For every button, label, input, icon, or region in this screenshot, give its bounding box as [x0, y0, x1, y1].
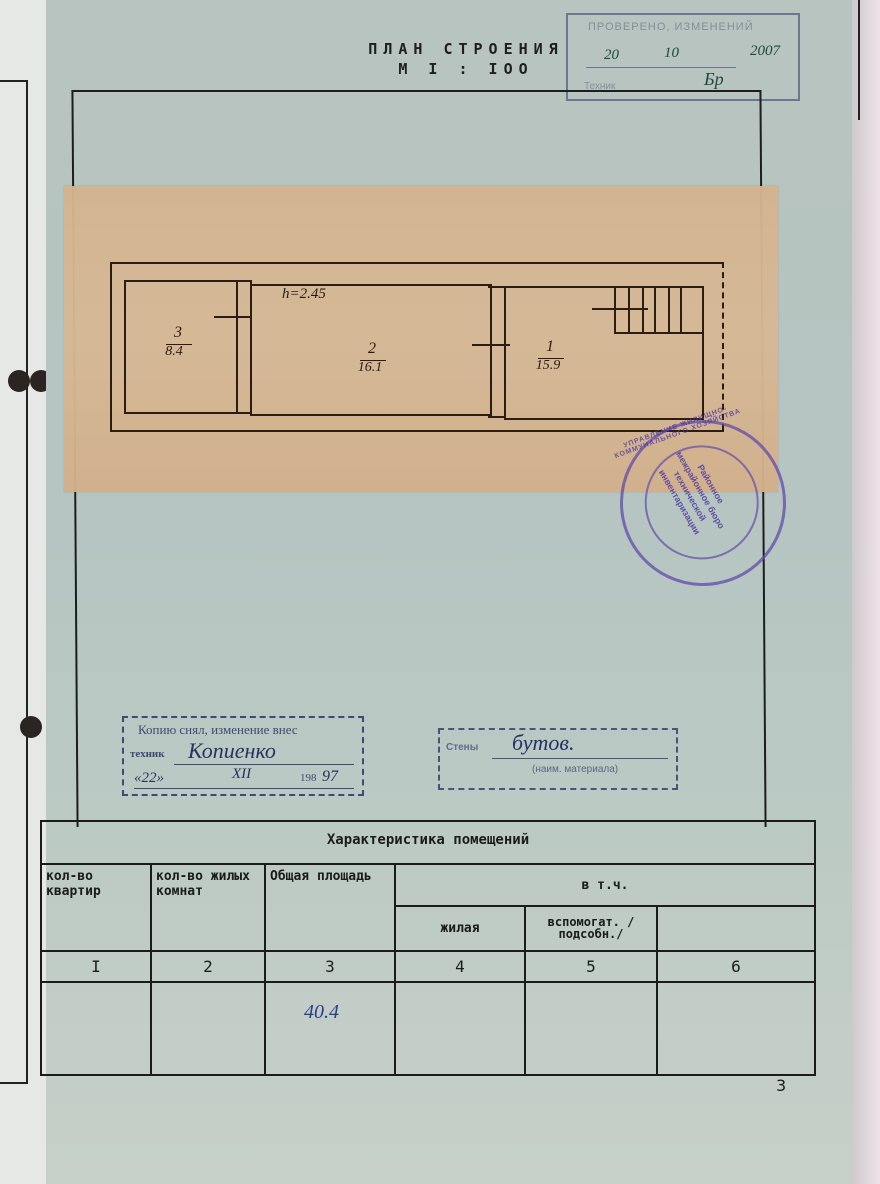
floor-plan: 3 8.4 2 16.1 h=2.45 1 15.9: [110, 262, 726, 430]
cell-living-rooms: [151, 982, 265, 1075]
room-2: 2 16.1: [250, 284, 492, 416]
copy-stamp-month: XII: [232, 766, 251, 783]
header-including: в т.ч.: [395, 864, 815, 905]
copy-stamp-date-underline: [134, 788, 354, 789]
adjacent-right-page: [852, 0, 880, 1184]
room-1: 1 15.9: [504, 286, 704, 420]
walls-label: Стены: [446, 742, 478, 753]
checked-month: 10: [664, 45, 679, 62]
copy-stamp-day: «22»: [134, 770, 164, 787]
cell-living: [395, 982, 525, 1075]
header-apartments: кол-во квартир: [41, 864, 151, 951]
checked-stamp-underline: [586, 67, 736, 68]
header-total-area: Общая площадь: [265, 864, 395, 951]
col-number: 5: [525, 951, 657, 982]
col-number: 2: [151, 951, 265, 982]
checked-signature: Бр: [704, 69, 724, 90]
walls-underline: [492, 758, 668, 759]
room-number: 2: [342, 340, 402, 358]
header-living: жилая: [395, 906, 525, 951]
table-title: Характеристика помещений: [41, 821, 815, 864]
page-number: 3: [776, 1076, 786, 1095]
copy-stamp-underline: [174, 764, 354, 765]
cell-apartments: [41, 982, 151, 1075]
col-number: 6: [657, 951, 815, 982]
cell-total-area: 40.4: [265, 982, 395, 1075]
copy-stamp-year-suffix: 97: [322, 768, 338, 786]
characteristics-table: Характеристика помещений кол-во квартир …: [40, 820, 816, 1076]
checked-day: 20: [604, 47, 619, 64]
punch-hole: [20, 716, 42, 738]
col-number: 4: [395, 951, 525, 982]
copy-stamp-signature: Копиенко: [188, 738, 276, 764]
copy-stamp-technician-label: техник: [130, 748, 165, 760]
header-auxiliary: вспомогат. /подсобн./: [525, 906, 657, 951]
col-number: I: [41, 951, 151, 982]
copy-stamp-year-prefix: 198: [300, 772, 317, 784]
cell-auxiliary: [525, 982, 657, 1075]
checked-stamp: ПРОВЕРЕНО, ИЗМЕНЕНИЙ 20 10 2007 Бр Техни…: [566, 13, 800, 101]
header-col6: [657, 906, 815, 951]
room-area: 16.1: [340, 360, 400, 376]
ceiling-height: h=2.45: [282, 286, 326, 303]
room-area: 8.4: [144, 344, 204, 360]
door-mark: [214, 316, 252, 318]
room-area: 15.9: [518, 358, 578, 374]
stair-direction-arrow: [592, 308, 648, 310]
walls-material-value: бутов.: [512, 730, 574, 756]
document-page: ПЛАН СТРОЕНИЯ М I : IOO ПРОВЕРЕНО, ИЗМЕН…: [46, 0, 852, 1184]
room-number: 3: [148, 324, 208, 342]
staircase: [614, 286, 704, 334]
walls-hint: (наим. материала): [532, 764, 618, 775]
copy-made-stamp: Копию снял, изменение внес техник Копиен…: [122, 716, 364, 796]
checked-year: 2007: [750, 43, 780, 60]
room-3: 3 8.4: [124, 280, 238, 414]
punch-hole: [8, 370, 30, 392]
col-number: 3: [265, 951, 395, 982]
walls-material-stamp: Стены бутов. (наим. материала): [438, 728, 678, 790]
copy-stamp-heading: Копию снял, изменение внес: [138, 722, 298, 738]
checked-stamp-label: ПРОВЕРЕНО, ИЗМЕНЕНИЙ: [588, 21, 754, 33]
header-living-rooms: кол-во жилых комнат: [151, 864, 265, 951]
left-page-frame: [0, 80, 28, 1084]
cell-col6: [657, 982, 815, 1075]
room-number: 1: [520, 338, 580, 356]
